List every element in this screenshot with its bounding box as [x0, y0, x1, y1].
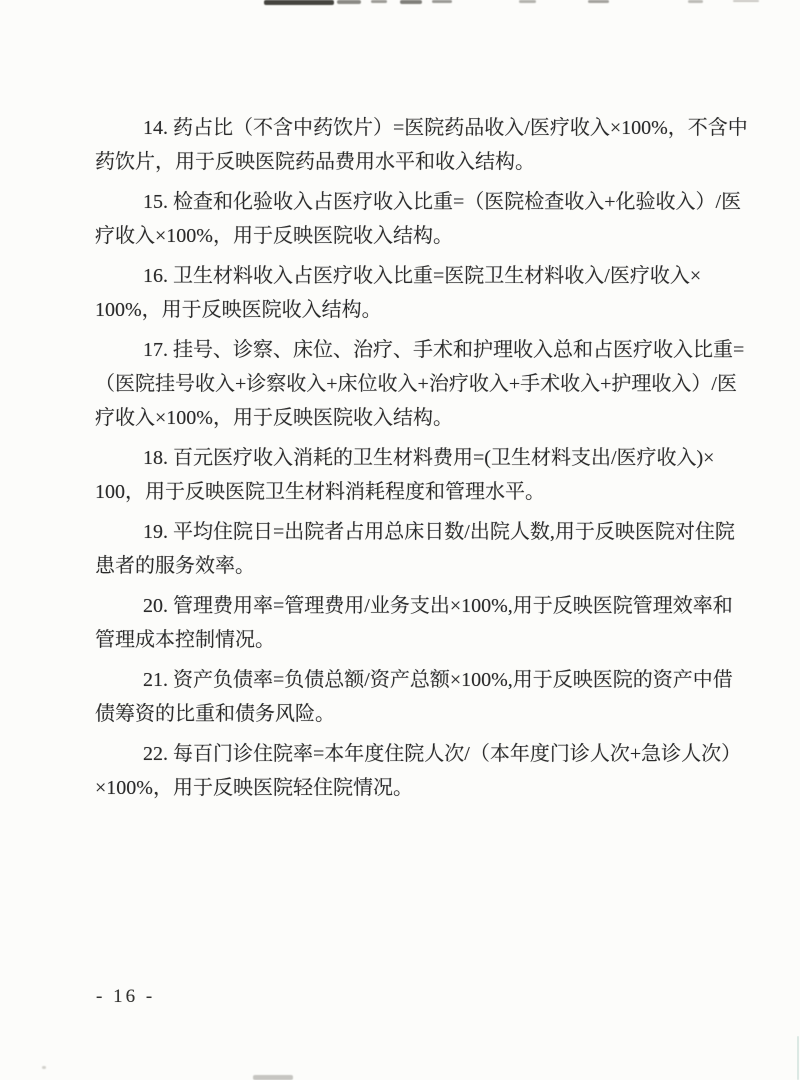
text-line: 21. 资产负债率=负债总额/资产总额×100%,用于反映医院的资产中借	[95, 663, 727, 697]
text-line: 债筹资的比重和债务风险。	[95, 697, 727, 731]
scan-artifact-bottom	[42, 1066, 46, 1069]
text-line: 100，用于反映医院卫生材料消耗程度和管理水平。	[95, 475, 727, 509]
text-line: 18. 百元医疗收入消耗的卫生材料费用=(卫生材料支出/医疗收入)×	[95, 441, 727, 475]
paragraph: 21. 资产负债率=负债总额/资产总额×100%,用于反映医院的资产中借债筹资的…	[95, 663, 727, 731]
scanned-document-page: 14. 药占比（不含中药饮片）=医院药品收入/医疗收入×100%，不含中药饮片，…	[0, 0, 800, 1080]
paragraph: 16. 卫生材料收入占医疗收入比重=医院卫生材料收入/医疗收入×100%，用于反…	[95, 259, 727, 327]
paragraph: 19. 平均住院日=出院者占用总床日数/出院人数,用于反映医院对住院患者的服务效…	[95, 515, 727, 583]
text-line: 16. 卫生材料收入占医疗收入比重=医院卫生材料收入/医疗收入×	[95, 259, 727, 293]
scan-artifact-top	[733, 0, 759, 2]
scan-artifact-top	[688, 0, 703, 3]
text-line: 管理成本控制情况。	[95, 623, 727, 657]
scan-artifact-right-edge	[797, 1036, 799, 1080]
text-line: 疗收入×100%，用于反映医院收入结构。	[95, 219, 727, 253]
text-line: 100%，用于反映医院收入结构。	[95, 293, 727, 327]
document-text-block: 14. 药占比（不含中药饮片）=医院药品收入/医疗收入×100%，不含中药饮片，…	[95, 111, 727, 811]
scan-artifact-top	[337, 0, 361, 4]
text-line: 19. 平均住院日=出院者占用总床日数/出院人数,用于反映医院对住院	[95, 515, 727, 549]
text-line: 17. 挂号、诊察、床位、治疗、手术和护理收入总和占医疗收入比重=	[95, 333, 727, 367]
text-line: 药饮片，用于反映医院药品费用水平和收入结构。	[95, 145, 727, 179]
paragraph: 20. 管理费用率=管理费用/业务支出×100%,用于反映医院管理效率和管理成本…	[95, 589, 727, 657]
paragraph: 17. 挂号、诊察、床位、治疗、手术和护理收入总和占医疗收入比重=（医院挂号收入…	[95, 333, 727, 435]
scan-artifact-top	[400, 0, 422, 4]
paragraph: 15. 检查和化验收入占医疗收入比重=（医院检查收入+化验收入）/医疗收入×10…	[95, 185, 727, 253]
text-line: 22. 每百门诊住院率=本年度住院人次/（本年度门诊人次+急诊人次）	[95, 737, 727, 771]
paragraph: 14. 药占比（不含中药饮片）=医院药品收入/医疗收入×100%，不含中药饮片，…	[95, 111, 727, 179]
scan-artifact-top	[432, 0, 452, 3]
scan-artifact-top	[588, 0, 609, 3]
scan-artifact-top	[371, 0, 387, 3]
page-number: - 16 -	[96, 986, 155, 1008]
text-line: 20. 管理费用率=管理费用/业务支出×100%,用于反映医院管理效率和	[95, 589, 727, 623]
scan-artifact-bottom	[253, 1075, 293, 1080]
text-line: ×100%，用于反映医院轻住院情况。	[95, 771, 727, 805]
text-line: 14. 药占比（不含中药饮片）=医院药品收入/医疗收入×100%，不含中	[95, 111, 727, 145]
text-line: 15. 检查和化验收入占医疗收入比重=（医院检查收入+化验收入）/医	[95, 185, 727, 219]
text-line: 患者的服务效率。	[95, 549, 727, 583]
text-line: 疗收入×100%，用于反映医院收入结构。	[95, 401, 727, 435]
scan-artifact-top	[519, 0, 536, 3]
paragraph: 22. 每百门诊住院率=本年度住院人次/（本年度门诊人次+急诊人次）×100%，…	[95, 737, 727, 805]
text-line: （医院挂号收入+诊察收入+床位收入+治疗收入+手术收入+护理收入）/医	[95, 367, 727, 401]
scan-artifact-top	[264, 0, 334, 5]
paragraph: 18. 百元医疗收入消耗的卫生材料费用=(卫生材料支出/医疗收入)×100，用于…	[95, 441, 727, 509]
